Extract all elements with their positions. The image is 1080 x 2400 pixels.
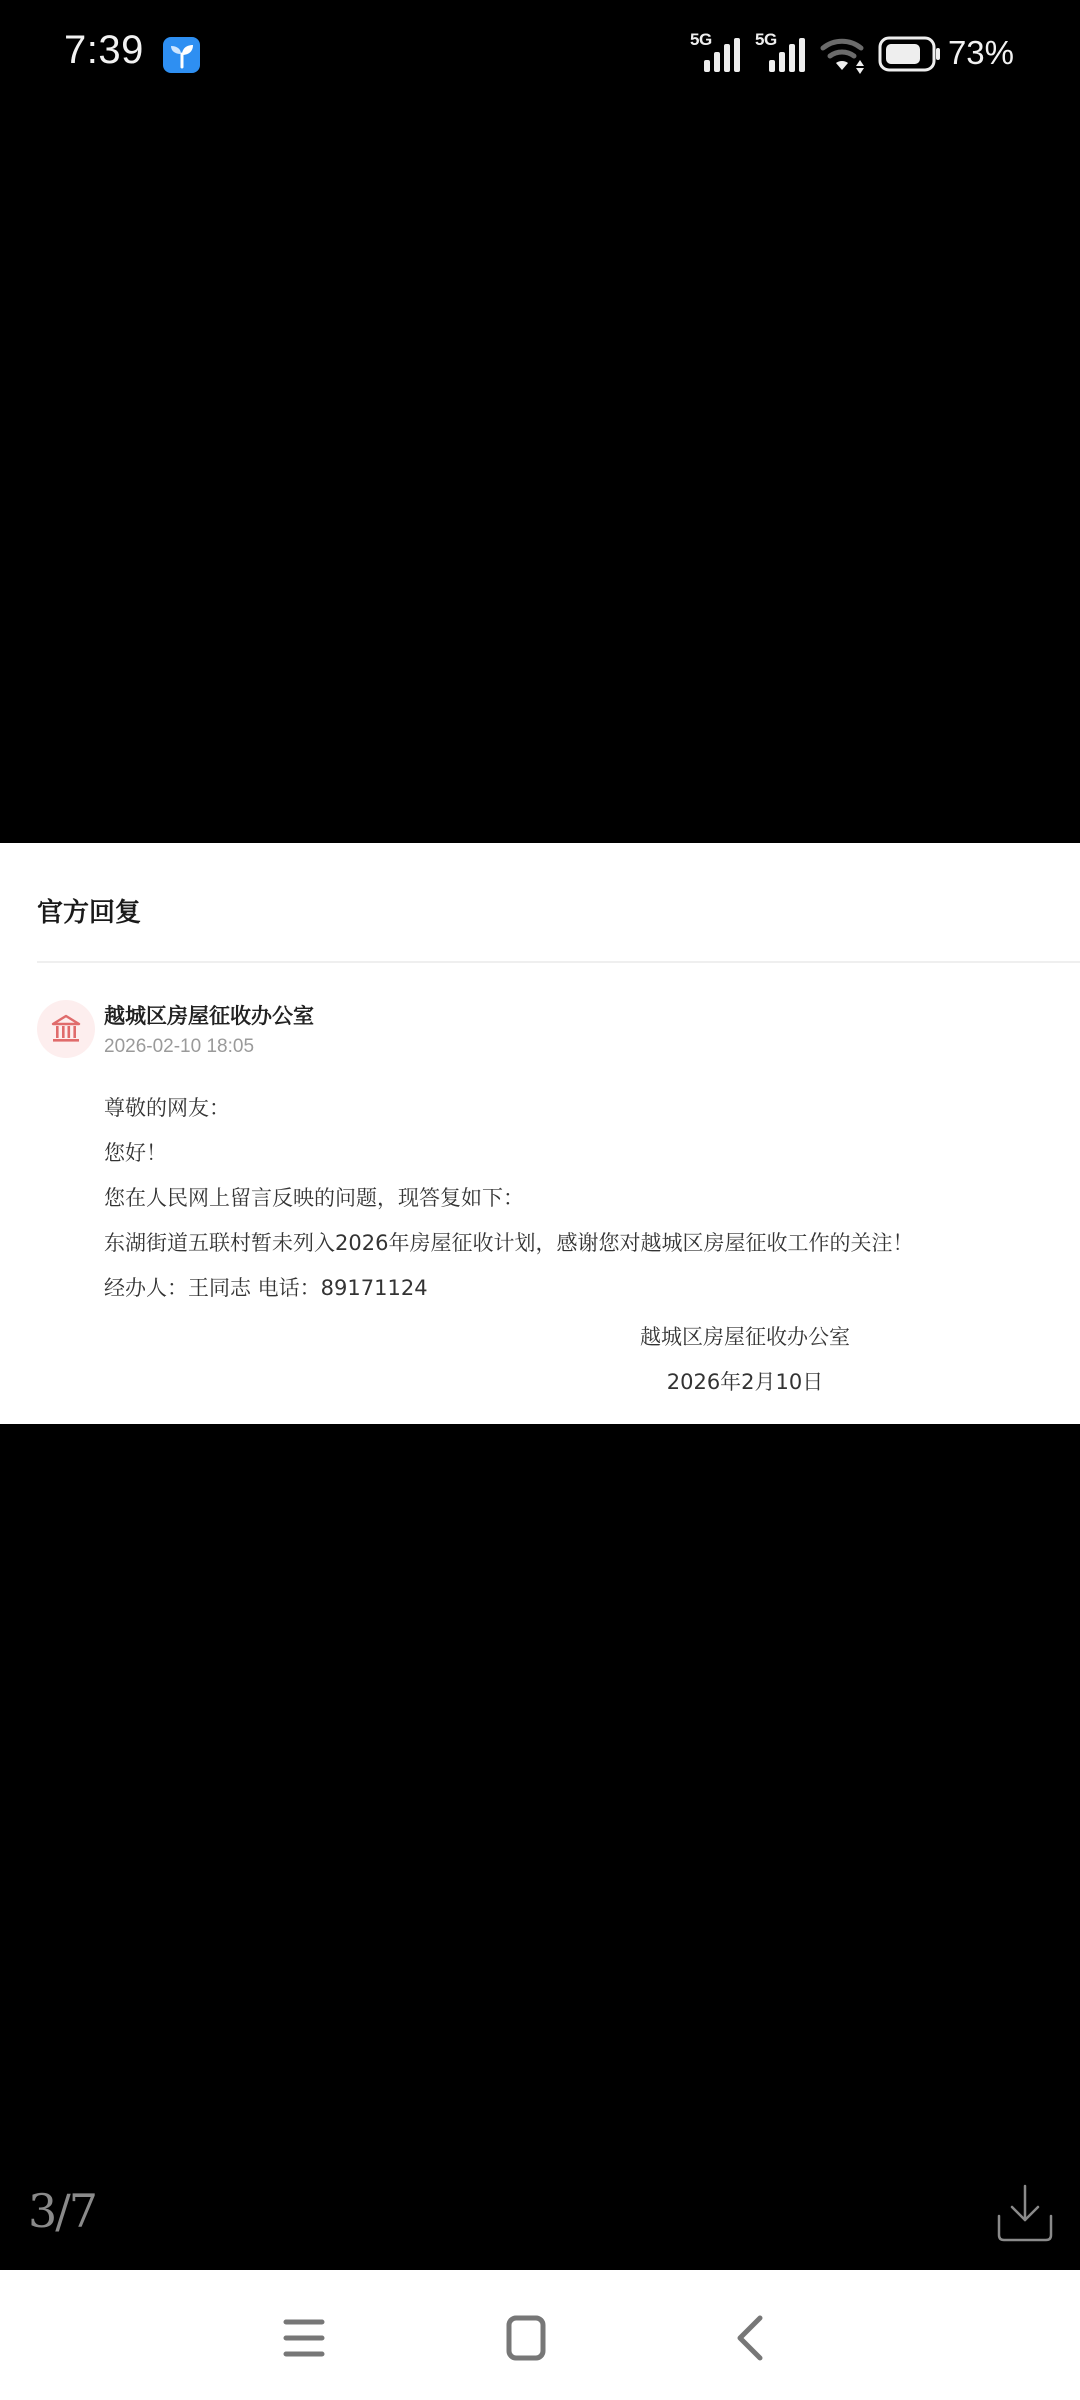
wifi-icon: [820, 36, 868, 74]
official-reply-card: 官方回复 越城区房屋征收办公室 2026-02-10 18:05 尊敬的网友： …: [0, 843, 1080, 1424]
signature-date: 2026年2月10日: [560, 1366, 930, 1396]
government-building-icon: [51, 1014, 81, 1044]
body-line-intro: 您在人民网上留言反映的问题，现答复如下：: [104, 1184, 1064, 1229]
reply-body: 尊敬的网友： 您好！ 您在人民网上留言反映的问题，现答复如下： 东湖街道五联村暂…: [104, 1094, 1064, 1319]
status-icons: 5G 5G: [660, 30, 1080, 75]
battery-percent: 73%: [948, 34, 1014, 72]
status-bar: 7:39 5G 5G: [0, 0, 1080, 110]
status-time: 7:39: [64, 28, 144, 73]
back-button[interactable]: [720, 2310, 780, 2366]
reply-timestamp: 2026-02-10 18:05: [104, 1036, 254, 1058]
author-name: 越城区房屋征收办公室: [104, 1000, 314, 1030]
home-button[interactable]: [496, 2310, 556, 2366]
download-button[interactable]: [994, 2182, 1056, 2244]
home-square-icon: [496, 2310, 556, 2366]
divider: [37, 961, 1080, 963]
signature-org: 越城区房屋征收办公室: [560, 1321, 930, 1351]
menu-icon: [274, 2310, 334, 2366]
body-line-greeting: 尊敬的网友：: [104, 1094, 1064, 1139]
page-counter: 3/7: [28, 2184, 96, 2238]
battery-icon: [878, 36, 942, 72]
body-line-hello: 您好！: [104, 1139, 1064, 1184]
recent-apps-button[interactable]: [274, 2310, 334, 2366]
avatar: [37, 1000, 95, 1058]
system-nav-bar: [0, 2270, 1080, 2400]
sprout-app-icon: [163, 37, 200, 73]
chevron-left-icon: [720, 2310, 780, 2366]
body-line-contact: 经办人：王同志 电话：89171124: [104, 1274, 1064, 1319]
body-line-answer: 东湖街道五联村暂未列入2026年房屋征收计划，感谢您对越城区房屋征收工作的关注！: [104, 1229, 1064, 1274]
section-title: 官方回复: [37, 892, 141, 929]
download-icon: [994, 2182, 1056, 2244]
